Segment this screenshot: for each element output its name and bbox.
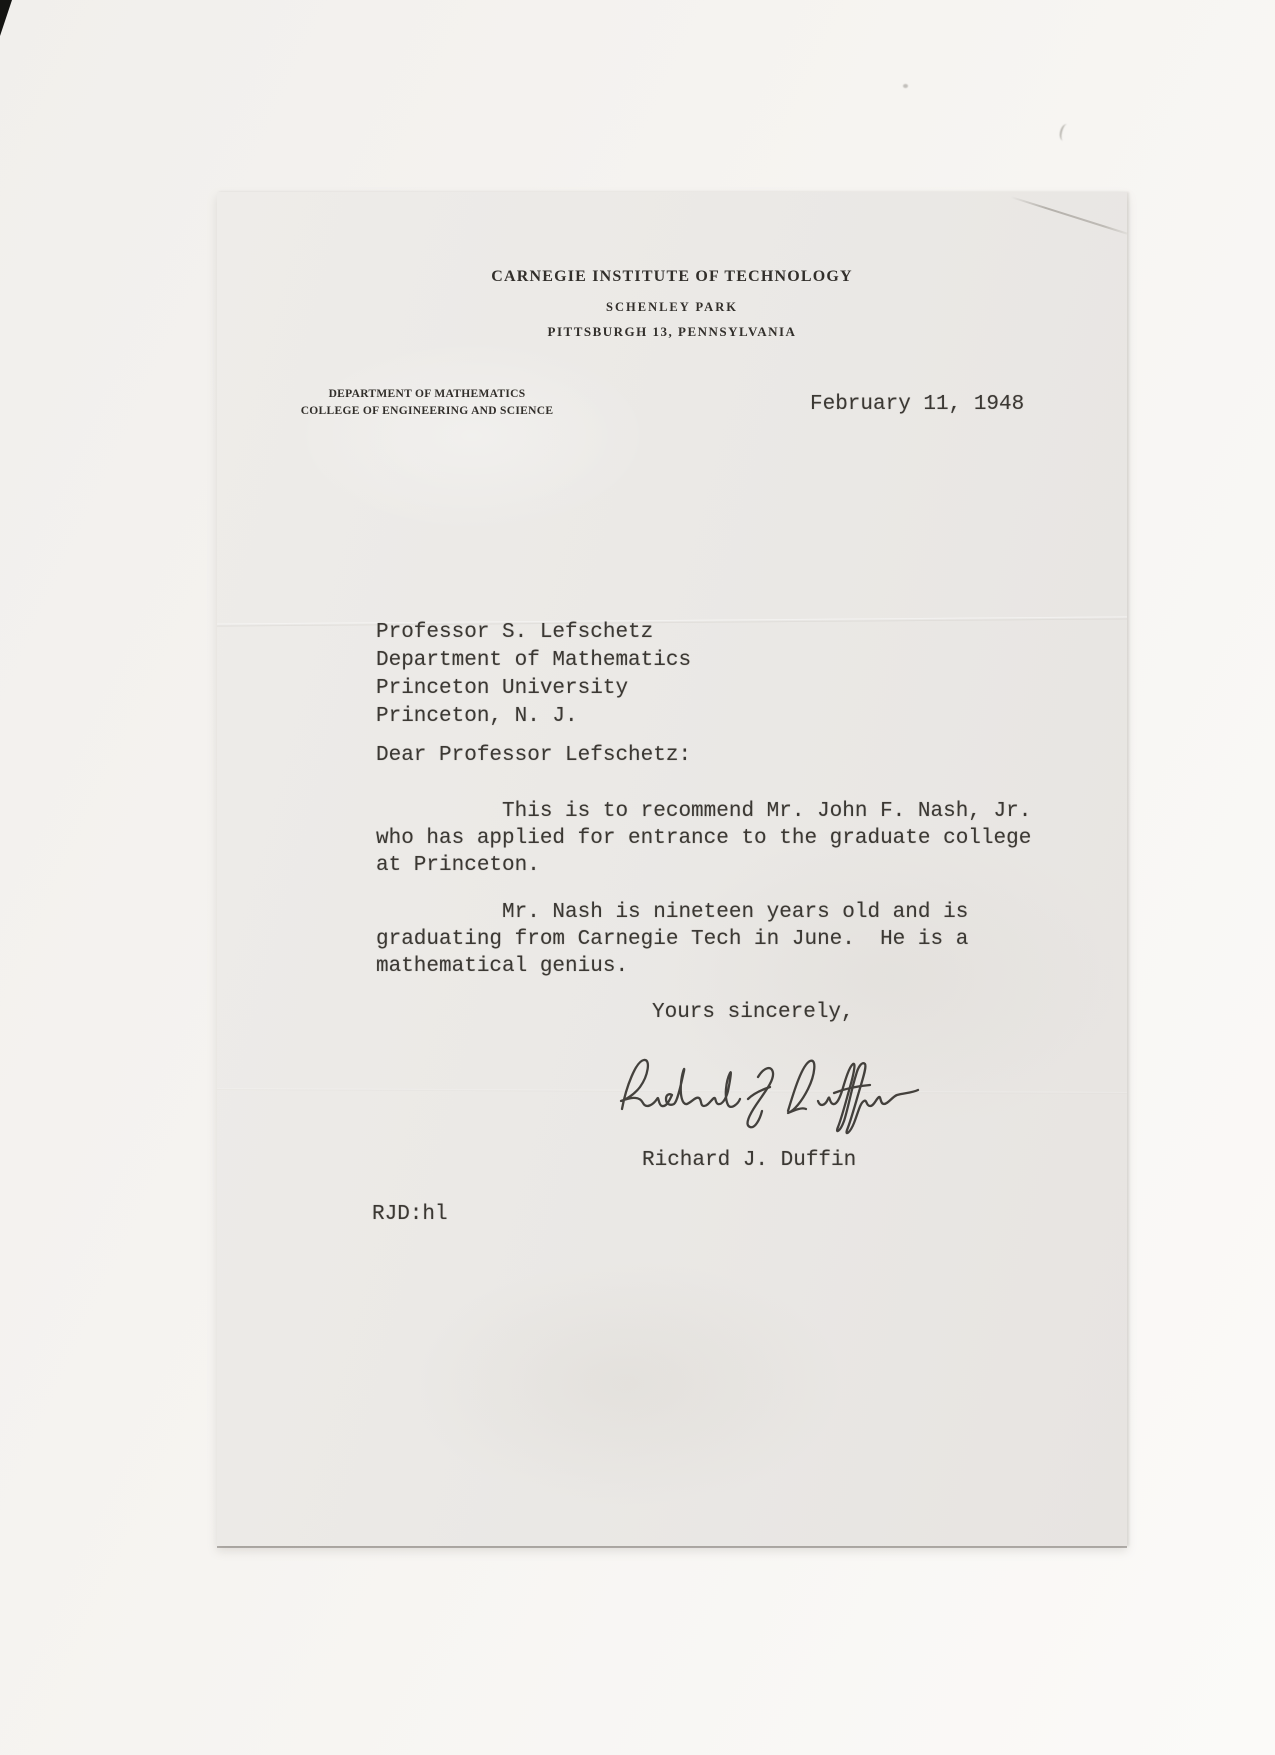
scanned-letter-page: { "colors": { "background": "#f6f4f1", "…: [0, 0, 1275, 1755]
letterhead-city: PITTSBURGH 13, PENNSYLVANIA: [217, 324, 1127, 340]
letterhead-location: SCHENLEY PARK: [217, 300, 1127, 315]
scan-corner-artifact: [0, 0, 12, 36]
typed-signature-name: Richard J. Duffin: [642, 1149, 856, 1172]
letter-paper: CARNEGIE INSTITUTE OF TECHNOLOGY SCHENLE…: [217, 192, 1127, 1546]
valediction: Yours sincerely,: [652, 1001, 854, 1024]
recipient-university: Princeton University: [376, 675, 691, 703]
pencil-mark-dot: [903, 84, 908, 88]
paragraph-line: at Princeton.: [376, 852, 1031, 879]
recipient-department: Department of Mathematics: [376, 647, 691, 675]
letterhead-department: DEPARTMENT OF MATHEMATICS: [272, 386, 582, 403]
letterhead-department-block: DEPARTMENT OF MATHEMATICS COLLEGE OF ENG…: [272, 386, 582, 420]
recipient-address-block: Professor S. Lefschetz Department of Mat…: [376, 619, 691, 731]
body-paragraph-1: This is to recommend Mr. John F. Nash, J…: [376, 798, 1031, 879]
paragraph-line: who has applied for entrance to the grad…: [376, 825, 1031, 852]
paragraph-line: Mr. Nash is nineteen years old and is: [376, 899, 968, 926]
body-paragraph-2: Mr. Nash is nineteen years old and is gr…: [376, 899, 968, 980]
letter-date: February 11, 1948: [810, 393, 1024, 416]
paragraph-line: mathematical genius.: [376, 953, 968, 980]
paper-crease-corner: [1010, 196, 1127, 235]
handwritten-signature: [612, 1048, 922, 1150]
signature-svg: [612, 1048, 922, 1150]
letterhead-institution: CARNEGIE INSTITUTE OF TECHNOLOGY: [217, 268, 1127, 286]
pencil-mark-stroke: [1058, 123, 1072, 142]
recipient-city: Princeton, N. J.: [376, 703, 691, 731]
paragraph-line: graduating from Carnegie Tech in June. H…: [376, 926, 968, 953]
letterhead-college: COLLEGE OF ENGINEERING AND SCIENCE: [272, 403, 582, 420]
paragraph-line: This is to recommend Mr. John F. Nash, J…: [376, 798, 1031, 825]
recipient-name: Professor S. Lefschetz: [376, 619, 691, 647]
salutation: Dear Professor Lefschetz:: [376, 744, 691, 767]
typist-reference-initials: RJD:hl: [372, 1203, 448, 1226]
